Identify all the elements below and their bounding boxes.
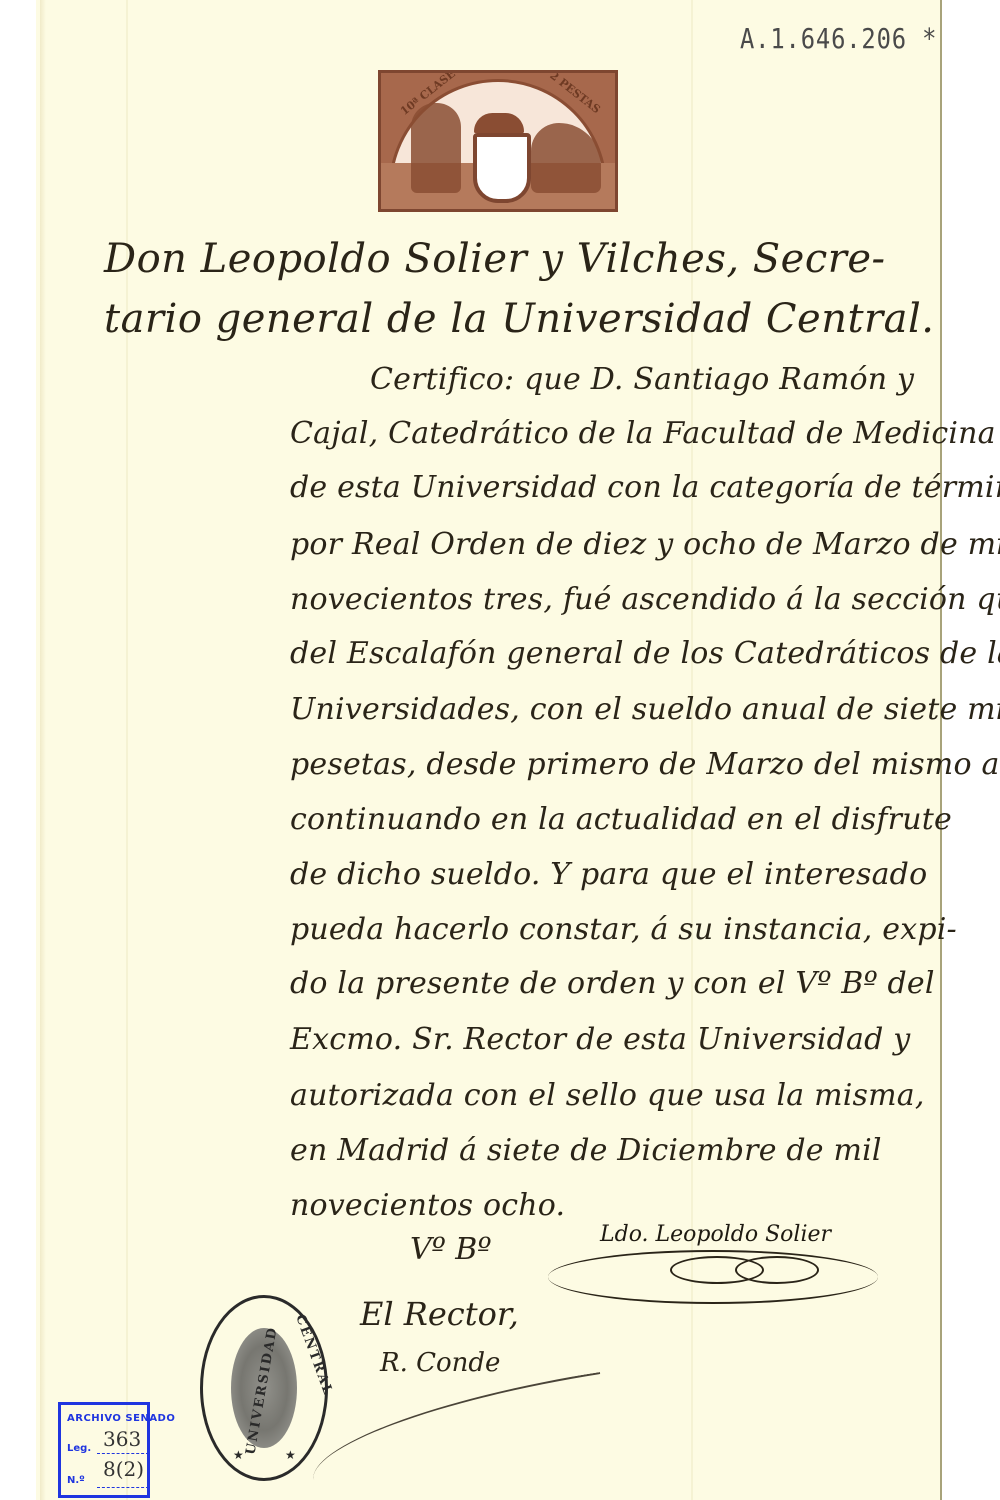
heading-line-1: Don Leopoldo Solier y Vilches, Secre- — [104, 236, 886, 282]
number-value: 8(2) — [103, 1457, 144, 1481]
secretary-signature: Ldo. Leopoldo Solier — [600, 1222, 831, 1247]
legajo-label: Leg. — [67, 1443, 91, 1454]
signature-flourish — [735, 1256, 819, 1284]
archive-stamp: ARCHIVO SENADO Leg. 363 N.º 8(2) — [58, 1402, 150, 1498]
body-line: pesetas, desde primero de Marzo del mism… — [290, 747, 1000, 782]
body-line: del Escalafón general de los Catedrático… — [290, 636, 1000, 671]
crown-icon — [474, 113, 524, 133]
justice-figure-icon — [411, 103, 461, 193]
university-seal: UNIVERSIDAD CENTRAL ★ ★ — [200, 1295, 328, 1481]
rector-signature: R. Conde — [380, 1348, 500, 1378]
body-line: Excmo. Sr. Rector de esta Universidad y — [290, 1022, 910, 1057]
body-line: de esta Universidad con la categoría de … — [290, 470, 1000, 505]
body-line: novecientos ocho. — [290, 1188, 565, 1223]
body-line: autorizada con el sello que usa la misma… — [290, 1078, 925, 1113]
number-label: N.º — [67, 1475, 85, 1486]
visto-bueno-label: Vº Bº — [410, 1232, 491, 1267]
body-line: en Madrid á siete de Diciembre de mil — [290, 1133, 882, 1168]
archive-title: ARCHIVO SENADO — [67, 1413, 175, 1424]
paper-fold — [126, 0, 128, 1500]
body-line: de dicho sueldo. Y para que el interesad… — [290, 857, 927, 892]
body-line: Cajal, Catedrático de la Facultad de Med… — [290, 416, 996, 451]
body-line: continuando en la actualidad en el disfr… — [290, 802, 952, 837]
tax-stamp: 10ª CLASE 2 PESTAS — [378, 70, 618, 212]
serial-number: A.1.646.206 * — [740, 22, 937, 55]
body-line: novecientos tres, fué ascendido á la sec… — [290, 582, 1000, 617]
divider — [97, 1453, 149, 1454]
body-line: por Real Orden de diez y ocho de Marzo d… — [290, 527, 1000, 562]
body-line: do la presente de orden y con el Vº Bº d… — [290, 966, 935, 1001]
body-line: pueda hacerlo constar, á su instancia, e… — [290, 912, 957, 947]
body-line: Universidades, con el sueldo anual de si… — [290, 692, 1000, 727]
divider — [97, 1487, 149, 1488]
body-line: Certifico: que D. Santiago Ramón y — [370, 362, 914, 397]
star-icon: ★ — [233, 1448, 244, 1462]
rector-title: El Rector, — [360, 1295, 519, 1333]
heading-line-2: tario general de la Universidad Central. — [104, 296, 935, 342]
star-icon: ★ — [285, 1448, 296, 1462]
legajo-value: 363 — [103, 1427, 141, 1451]
shield-icon — [473, 133, 531, 203]
